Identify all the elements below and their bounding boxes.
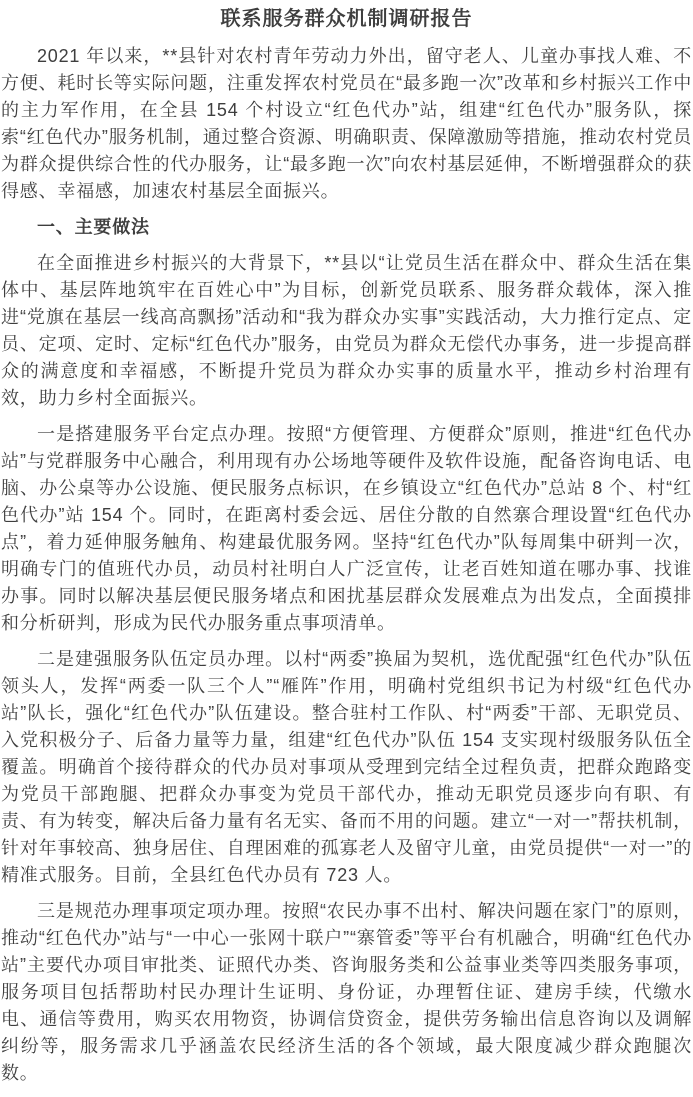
document-title: 联系服务群众机制调研报告 bbox=[1, 5, 692, 33]
paragraph-background-goals: 在全面推进乡村振兴的大背景下，**县以“让党员生活在群众中、群众生活在集体中、基… bbox=[1, 250, 692, 412]
document-page: 联系服务群众机制调研报告 2021 年以来，**县针对农村青年劳动力外出，留守老… bbox=[0, 0, 693, 1097]
section-heading-main-practices: 一、主要做法 bbox=[1, 214, 692, 241]
paragraph-intro: 2021 年以来，**县针对农村青年劳动力外出，留守老人、儿童办事找人难、不方便… bbox=[1, 43, 692, 205]
paragraph-measure-1-service-platform: 一是搭建服务平台定点办理。按照“方便管理、方便群众”原则，推进“红色代办站”与党… bbox=[1, 421, 692, 637]
paragraph-measure-2-service-teams: 二是建强服务队伍定员办理。以村“两委”换届为契机，选优配强“红色代办”队伍领头人… bbox=[1, 646, 692, 889]
paragraph-measure-3-standardized-items: 三是规范办理事项定项办理。按照“农民办事不出村、解决问题在家门”的原则，推动“红… bbox=[1, 898, 692, 1087]
